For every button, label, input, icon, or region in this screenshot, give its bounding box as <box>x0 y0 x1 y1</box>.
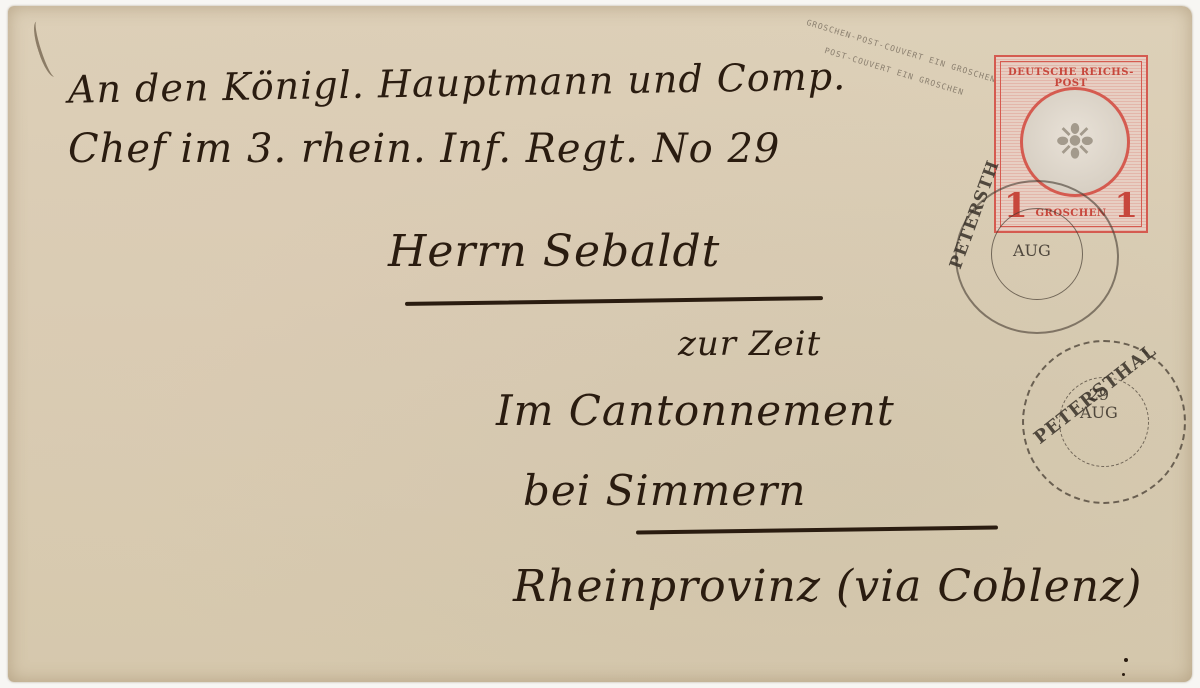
paper-crease <box>29 19 61 79</box>
address-line-1: An den Königl. Hauptmann und Comp. <box>68 54 847 112</box>
town-underline <box>636 525 998 534</box>
postmark-2-date: 29 AUG <box>1080 386 1118 421</box>
address-recipient-name: Herrn Sebaldt <box>388 226 720 277</box>
ink-spot <box>1124 658 1128 662</box>
address-line-town: bei Simmern <box>523 466 806 515</box>
address-line-2: Chef im 3. rhein. Inf. Regt. No 29 <box>68 126 780 172</box>
stamp-value-right: 1 <box>1114 189 1138 223</box>
recipient-underline <box>405 296 823 306</box>
ink-spot <box>1122 673 1125 676</box>
address-line-cantonnement: Im Cantonnement <box>496 386 895 435</box>
address-line-province: Rheinprovinz (via Coblenz) <box>513 561 1142 612</box>
stamp-top-text: DEUTSCHE REICHS-POST <box>996 67 1146 89</box>
eagle-icon: ❉ <box>1055 118 1095 166</box>
postmark-1-month: AUG <box>1013 242 1051 260</box>
postmark-2-month: AUG <box>1080 404 1118 422</box>
postmark-2-day: 29 <box>1080 386 1118 404</box>
address-line-zur-zeit: zur Zeit <box>678 324 821 364</box>
